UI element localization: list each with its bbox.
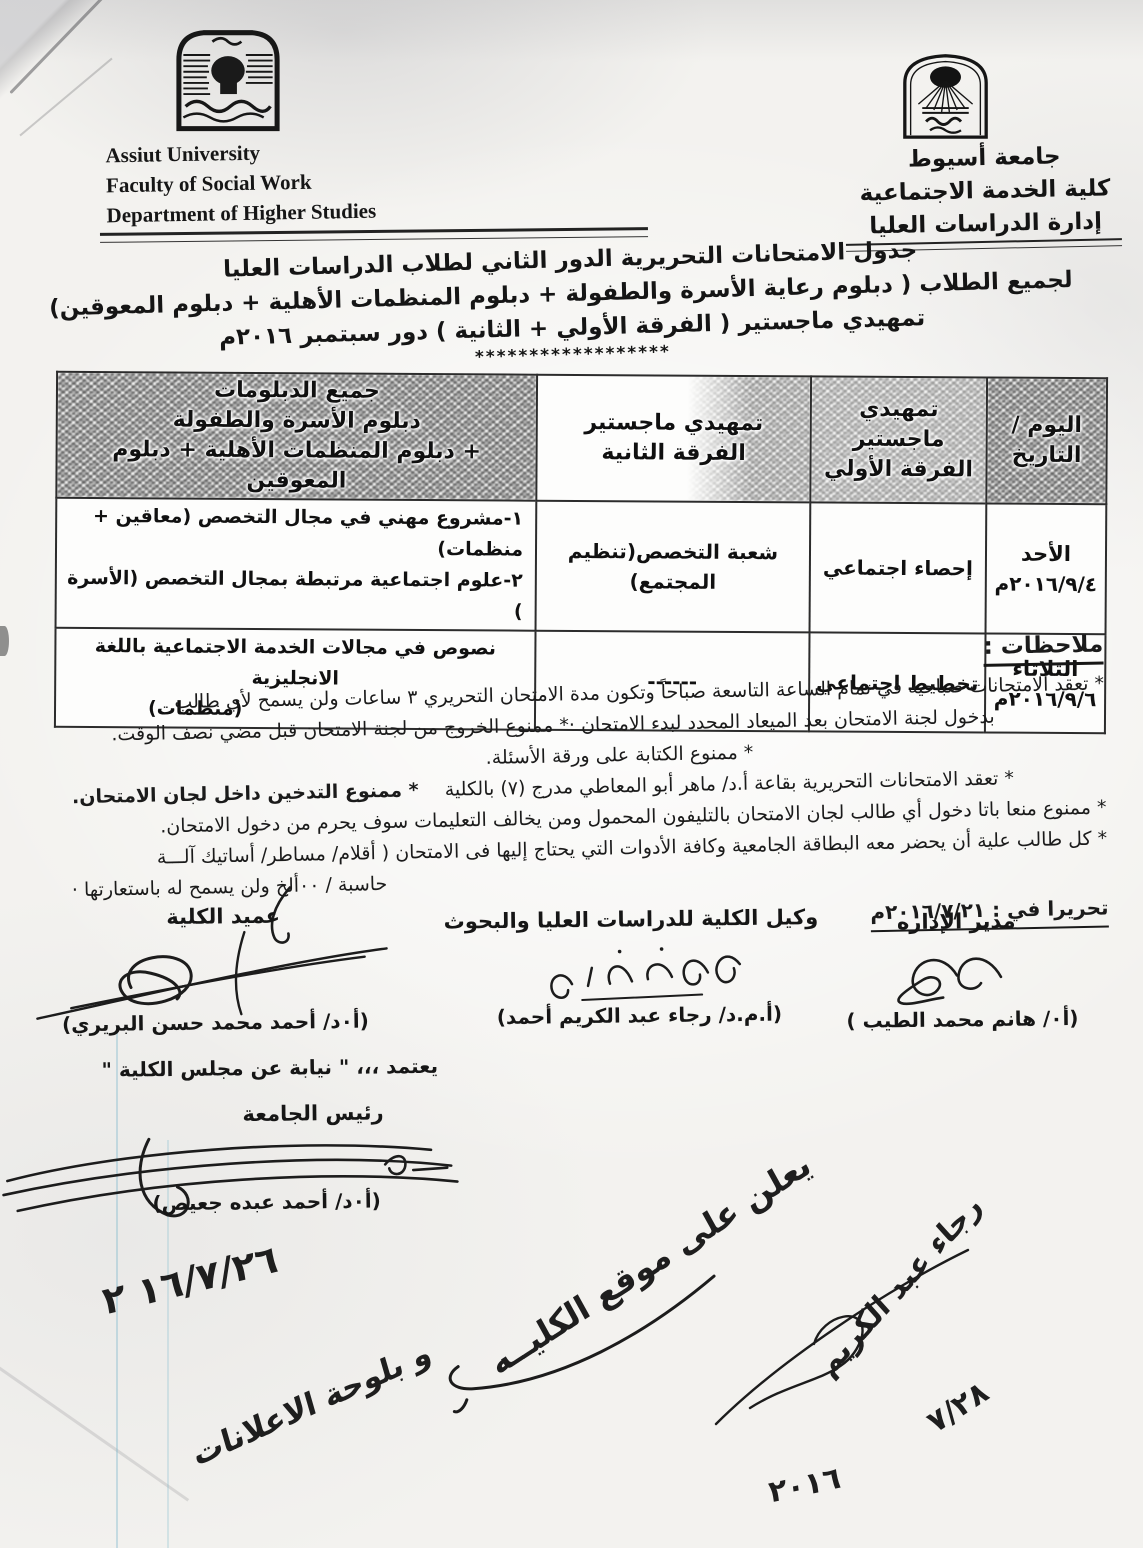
document-title: جدول الامتحانات التحريرية الدور الثاني ل… xyxy=(69,229,1075,378)
director-name: (أ٠/ هانم محمد الطيب ) xyxy=(827,1006,1097,1033)
notes-heading: ملاحظات : xyxy=(983,630,1103,667)
table-header-day-date: اليوم / التاريخ xyxy=(986,377,1107,504)
director-title: مدير الإداره xyxy=(836,908,1076,935)
president-title: رئيس الجامعة xyxy=(230,1100,395,1126)
scan-edge-mark xyxy=(0,626,9,656)
dean-title: عميد الكلية xyxy=(148,903,298,929)
arabic-letterhead: جامعة أسيوط كلية الخدمة الاجتماعية إدارة… xyxy=(844,139,1126,244)
table-header-row: اليوم / التاريخ تمهيدي ماجستير الفرقة ال… xyxy=(56,372,1107,504)
faculty-name-en: Faculty of Social Work xyxy=(106,166,376,201)
cell-diplomas-subjects: ١-مشروع مهني في مجال التخصص (معاقين + من… xyxy=(56,498,537,631)
vice-dean-title: وكيل الكلية للدراسات العليا والبحوث xyxy=(468,905,818,933)
cell-day-sunday: الأحد م٢٠١٦/٩/٤ xyxy=(986,503,1107,634)
director-signature-scribble xyxy=(882,939,1013,1007)
handwritten-date-year: ٢٠١٦ xyxy=(767,1460,843,1510)
table-header-masters-year1: تمهيدي ماجستير الفرقة الأولي xyxy=(810,376,987,503)
approval-note: يعتمد ،،، " نيابة عن مجلس الكلية " xyxy=(88,1054,438,1082)
signatures-section: مدير الإداره (أ٠/ هانم محمد الطيب ) وكيل… xyxy=(56,894,1108,1237)
university-name-en: Assiut University xyxy=(105,136,375,171)
faculty-seal-logo xyxy=(172,26,284,132)
table-header-all-diplomas: جميع الدبلومات دبلوم الأسرة والطفولة + د… xyxy=(56,372,537,501)
cell-year2-subject: شعبة التخصص(تنظيم المجتمع) xyxy=(536,501,811,633)
handwritten-date-bottom-left: ٢ ١٦/٧/٢٦ xyxy=(100,1236,281,1323)
department-name-en: Department of Higher Studies xyxy=(106,196,376,231)
president-name: (أ٠د/ أحمد عبده جعيص) xyxy=(112,1188,422,1216)
scanned-document-page: Assiut University Faculty of Social Work… xyxy=(0,0,1143,1548)
table-header-masters-year2: تمهيدي ماجستير الفرقة الثانية xyxy=(536,375,811,503)
university-arch-logo xyxy=(897,48,994,140)
vice-dean-name: (أ.م.د/ رجاء عبد الكريم أحمد) xyxy=(489,1001,789,1029)
letterhead-rule-left xyxy=(100,227,648,243)
dean-name: (أ٠د/ أحمد محمد حسن البريري) xyxy=(45,1008,385,1036)
vice-dean-signature-scribble xyxy=(511,936,752,1009)
folded-corner-shade xyxy=(0,0,110,110)
handwritten-swoosh xyxy=(420,1268,732,1419)
english-letterhead: Assiut University Faculty of Social Work… xyxy=(105,136,376,231)
table-row: الأحد م٢٠١٦/٩/٤ إحصاء اجتماعي شعبة التخص… xyxy=(56,498,1107,634)
cell-year1-subject: إحصاء اجتماعي xyxy=(810,502,987,633)
